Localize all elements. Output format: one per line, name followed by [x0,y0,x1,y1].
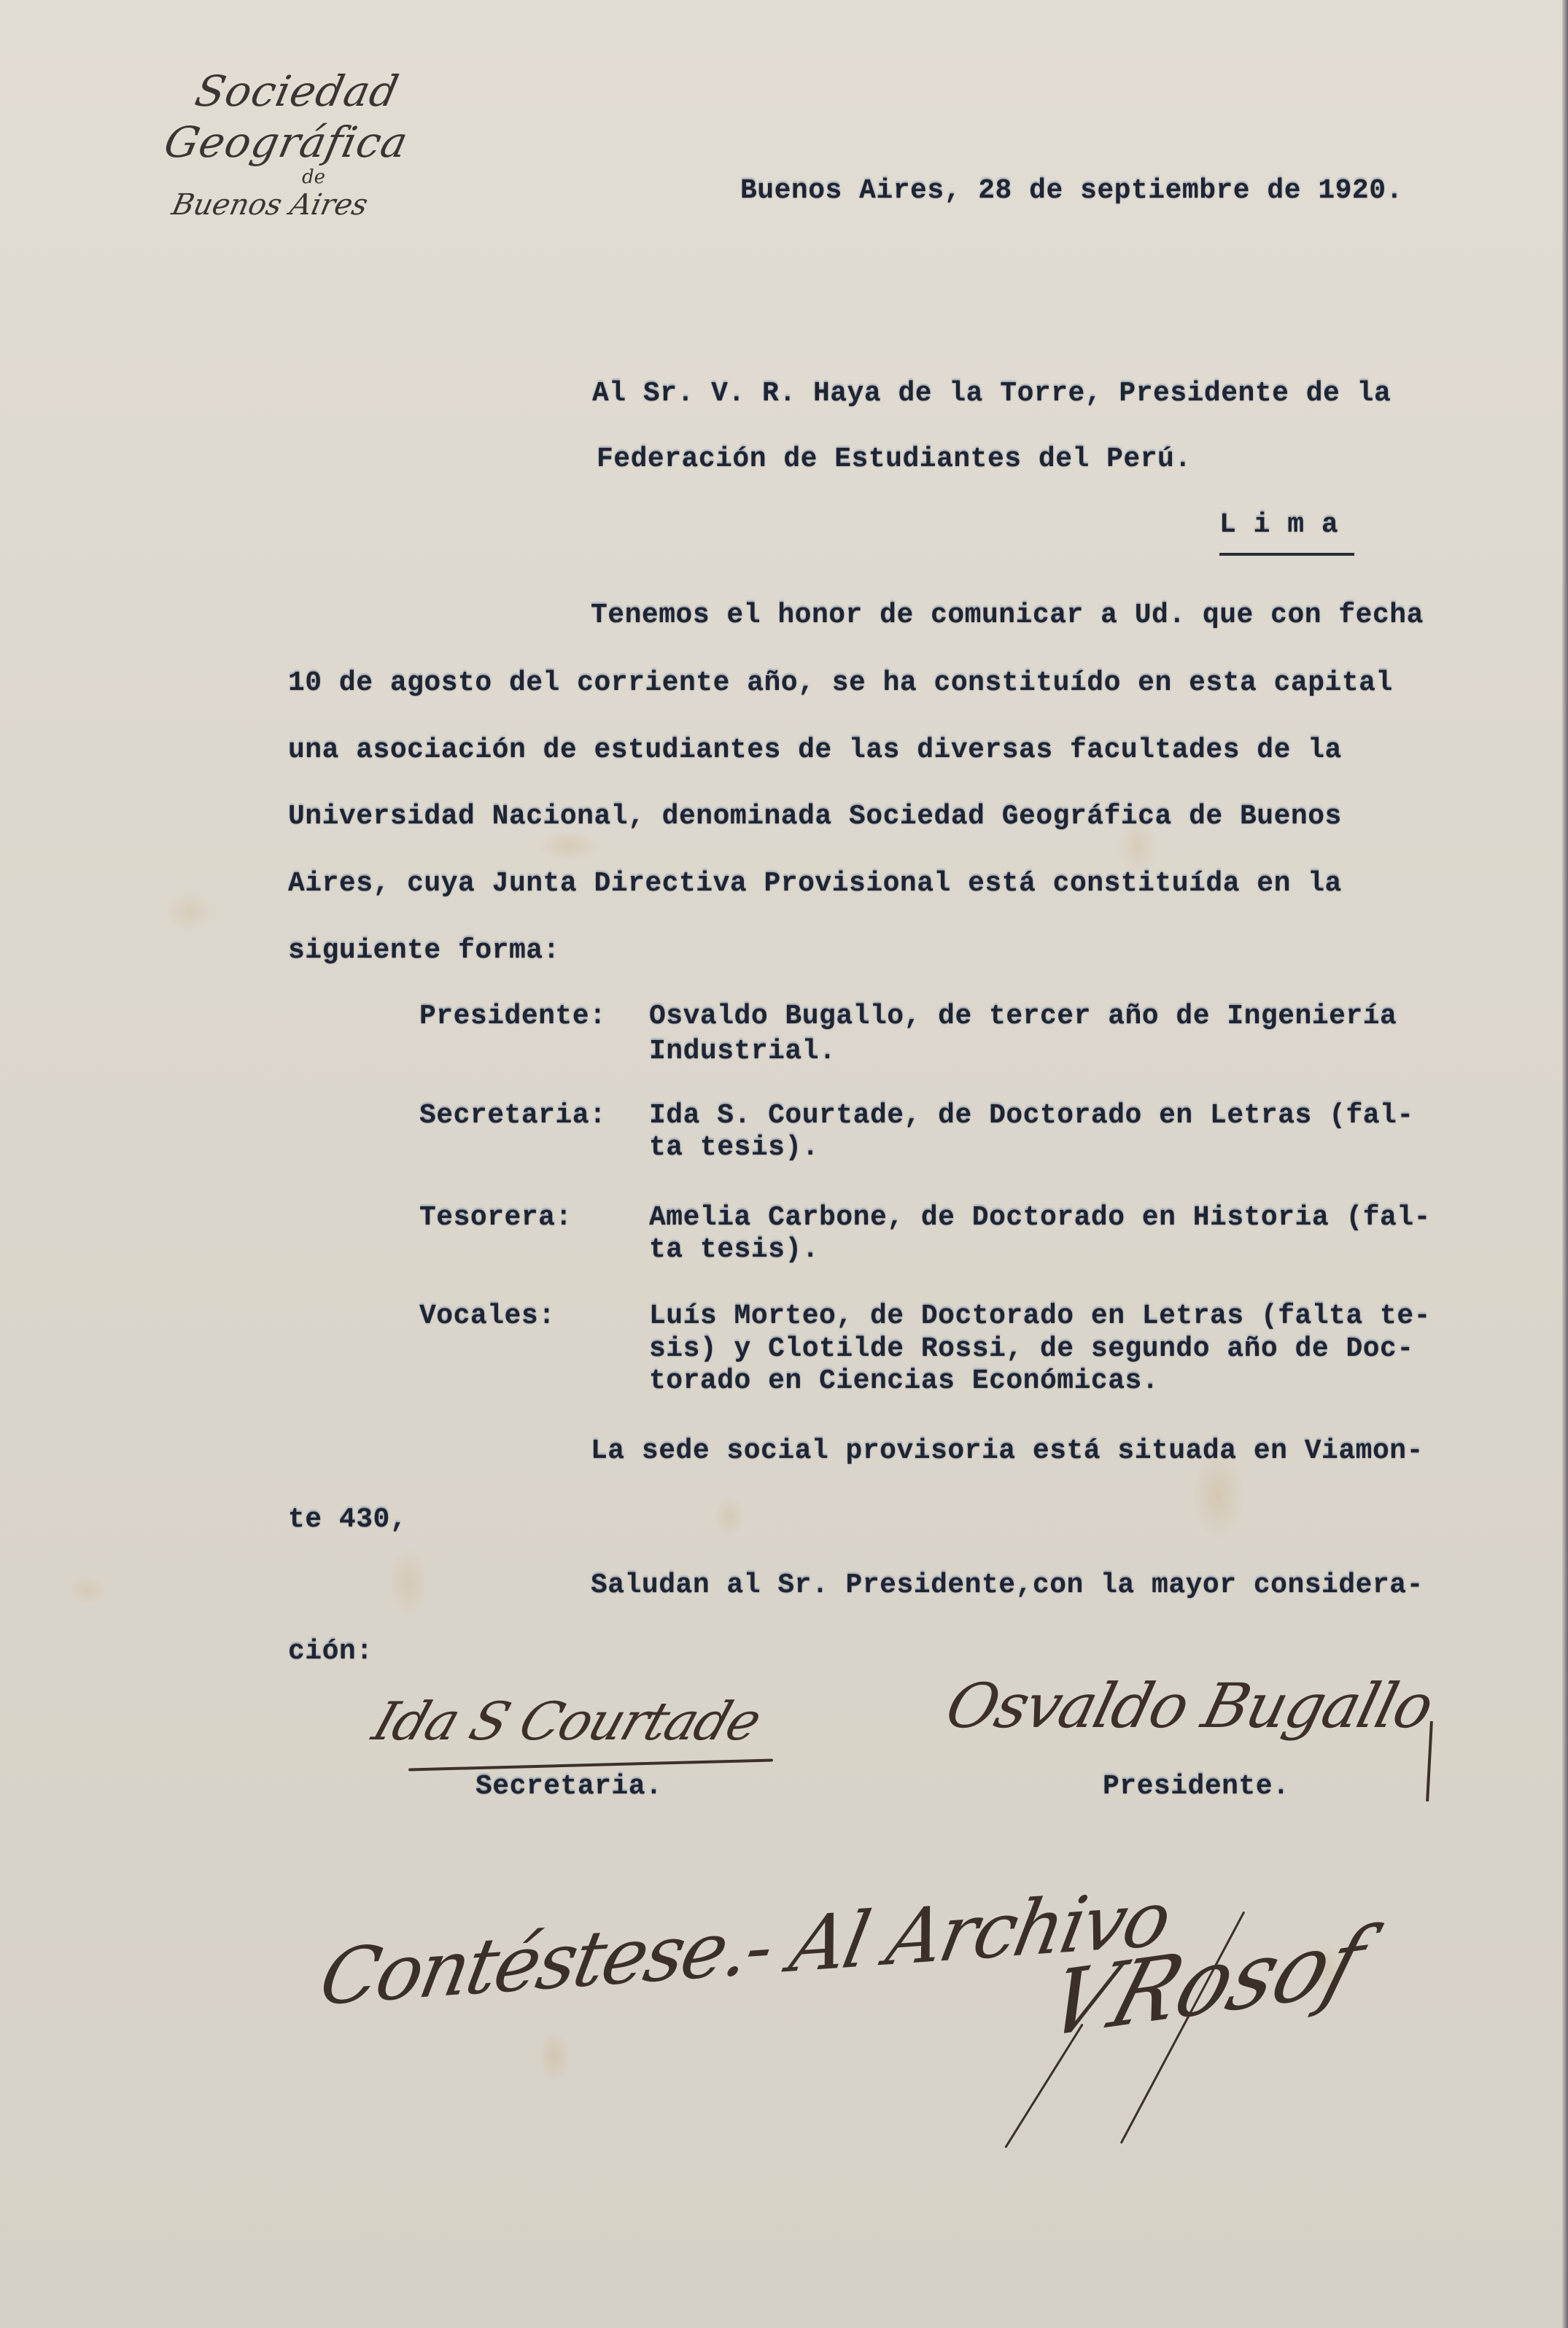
officer-role-tesorera: Tesorera: [419,1202,573,1234]
officer-presidente-line-1: Osvaldo Bugallo, de tercer año de Ingeni… [649,1001,1397,1033]
officer-vocales-line-1: Luís Morteo, de Doctorado en Letras (fal… [649,1300,1431,1332]
recipient-line-2: Federación de Estudiantes del Perú. [597,443,1192,476]
body-line-4: Universidad Nacional, denominada Socieda… [288,801,1342,833]
officer-presidente-line-2: Industrial. [649,1036,836,1068]
letterhead: Sociedad Geográfica de Buenos Aires [88,66,496,223]
body-line-1: Tenemos el honor de comunicar a Ud. que … [591,600,1424,632]
letterhead-city: Buenos Aires [40,187,500,223]
officer-tesorera-line-2: ta tesis). [649,1234,819,1266]
officer-tesorera-line-1: Amelia Carbone, de Doctorado en Historia… [649,1202,1431,1234]
presidente-title: Presidente. [1103,1771,1289,1803]
secretaria-signature: Ida S Courtade [365,1691,768,1752]
secretaria-title: Secretaria. [476,1771,662,1803]
officer-vocales-line-2: sis) y Clotilde Rossi, de segundo año de… [649,1333,1414,1365]
letterhead-de: de [131,168,496,187]
presidente-signature-flourish [1426,1721,1433,1801]
sede-line-1: La sede social provisoria está situada e… [591,1435,1424,1467]
officer-role-presidente: Presidente: [419,1001,606,1033]
body-line-2: 10 de agosto del corriente año, se ha co… [288,667,1393,699]
letter-page: Sociedad Geográfica de Buenos Aires Buen… [0,0,1568,2328]
recipient-line-1: Al Sr. V. R. Haya de la Torre, President… [592,378,1391,410]
page-edge [1562,0,1568,2328]
officer-vocales-line-3: torado en Ciencias Económicas. [649,1365,1159,1397]
officer-secretaria-line-2: ta tesis). [649,1132,819,1164]
officer-role-vocales: Vocales: [419,1300,555,1332]
saludo-line-1: Saludan al Sr. Presidente,con la mayor c… [591,1570,1424,1602]
city-underline [1219,553,1354,556]
presidente-signature: Osvaldo Bugallo [939,1670,1440,1742]
officer-secretaria-line-1: Ida S. Courtade, de Doctorado en Letras … [649,1100,1414,1132]
saludo-line-2: ción: [288,1636,373,1668]
secretaria-signature-underline [408,1758,773,1771]
body-line-5: Aires, cuya Junta Directiva Provisional … [288,868,1342,900]
date-line: Buenos Aires, 28 de septiembre de 1920. [740,175,1403,207]
recipient-city: L i m a [1219,509,1338,541]
sede-line-2: te 430, [288,1504,407,1536]
letterhead-society-name: Sociedad Geográfica [77,66,507,168]
body-line-3: una asociación de estudiantes de las div… [288,734,1342,767]
officer-role-secretaria: Secretaria: [419,1100,606,1132]
handwritten-note: Contéstese.- Al Archivo [313,1873,1176,2022]
body-line-6: siguiente forma: [288,935,560,967]
